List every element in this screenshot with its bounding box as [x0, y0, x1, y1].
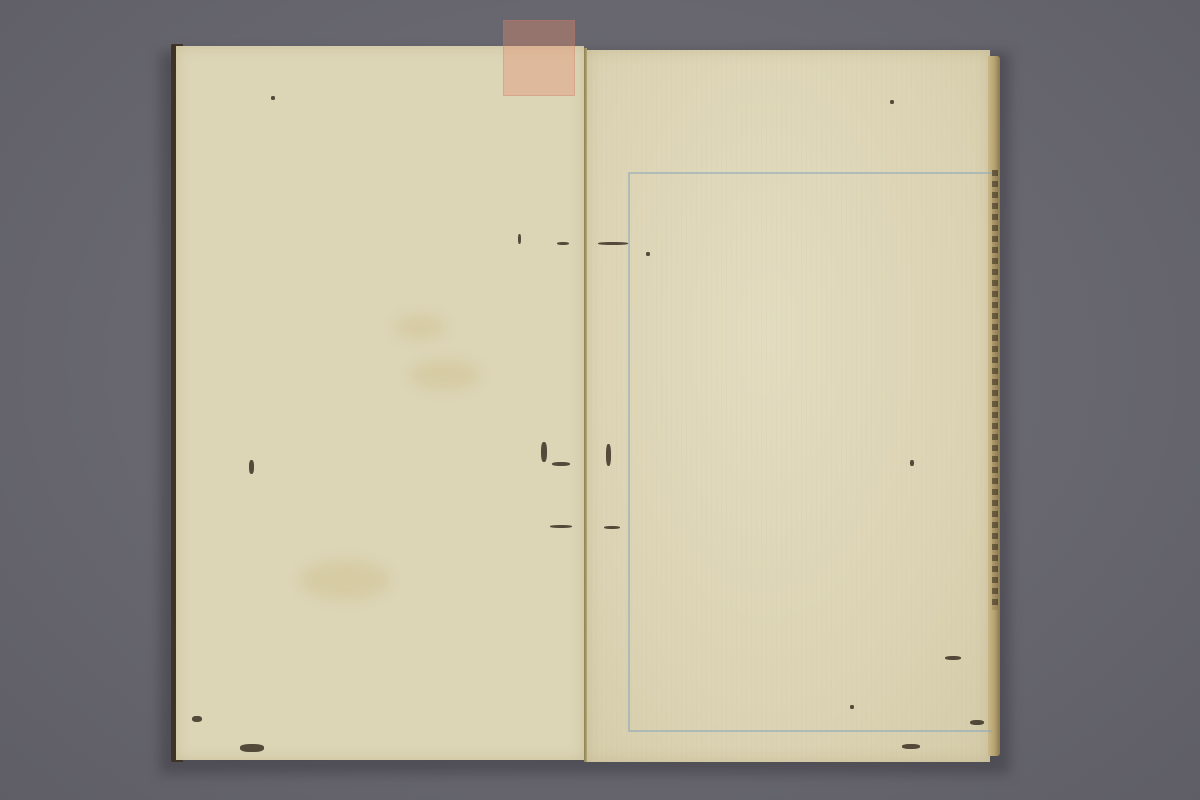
wormhole-mark	[910, 460, 914, 466]
book-gutter	[584, 48, 587, 762]
paper-stain	[410, 360, 480, 390]
wormhole-mark	[902, 744, 920, 749]
wormhole-mark	[598, 242, 628, 245]
wormhole-mark	[945, 656, 961, 660]
wormhole-mark	[890, 100, 894, 104]
wormhole-mark	[249, 460, 254, 474]
edge-wear	[992, 170, 998, 610]
wormhole-mark	[518, 234, 521, 244]
wormhole-mark	[552, 462, 570, 466]
wormhole-mark	[646, 252, 650, 256]
wormhole-mark	[604, 526, 620, 529]
printed-frame-border	[628, 172, 992, 732]
wormhole-mark	[240, 744, 264, 752]
library-seal	[503, 20, 575, 96]
wormhole-mark	[606, 444, 611, 466]
wormhole-mark	[541, 442, 547, 462]
left-page	[176, 46, 584, 760]
wormhole-mark	[557, 242, 569, 245]
wormhole-mark	[970, 720, 984, 725]
wormhole-mark	[850, 705, 854, 709]
paper-stain	[300, 560, 390, 600]
wormhole-mark	[192, 716, 202, 722]
paper-stain	[395, 315, 445, 339]
wormhole-mark	[550, 525, 572, 528]
wormhole-mark	[271, 96, 275, 100]
